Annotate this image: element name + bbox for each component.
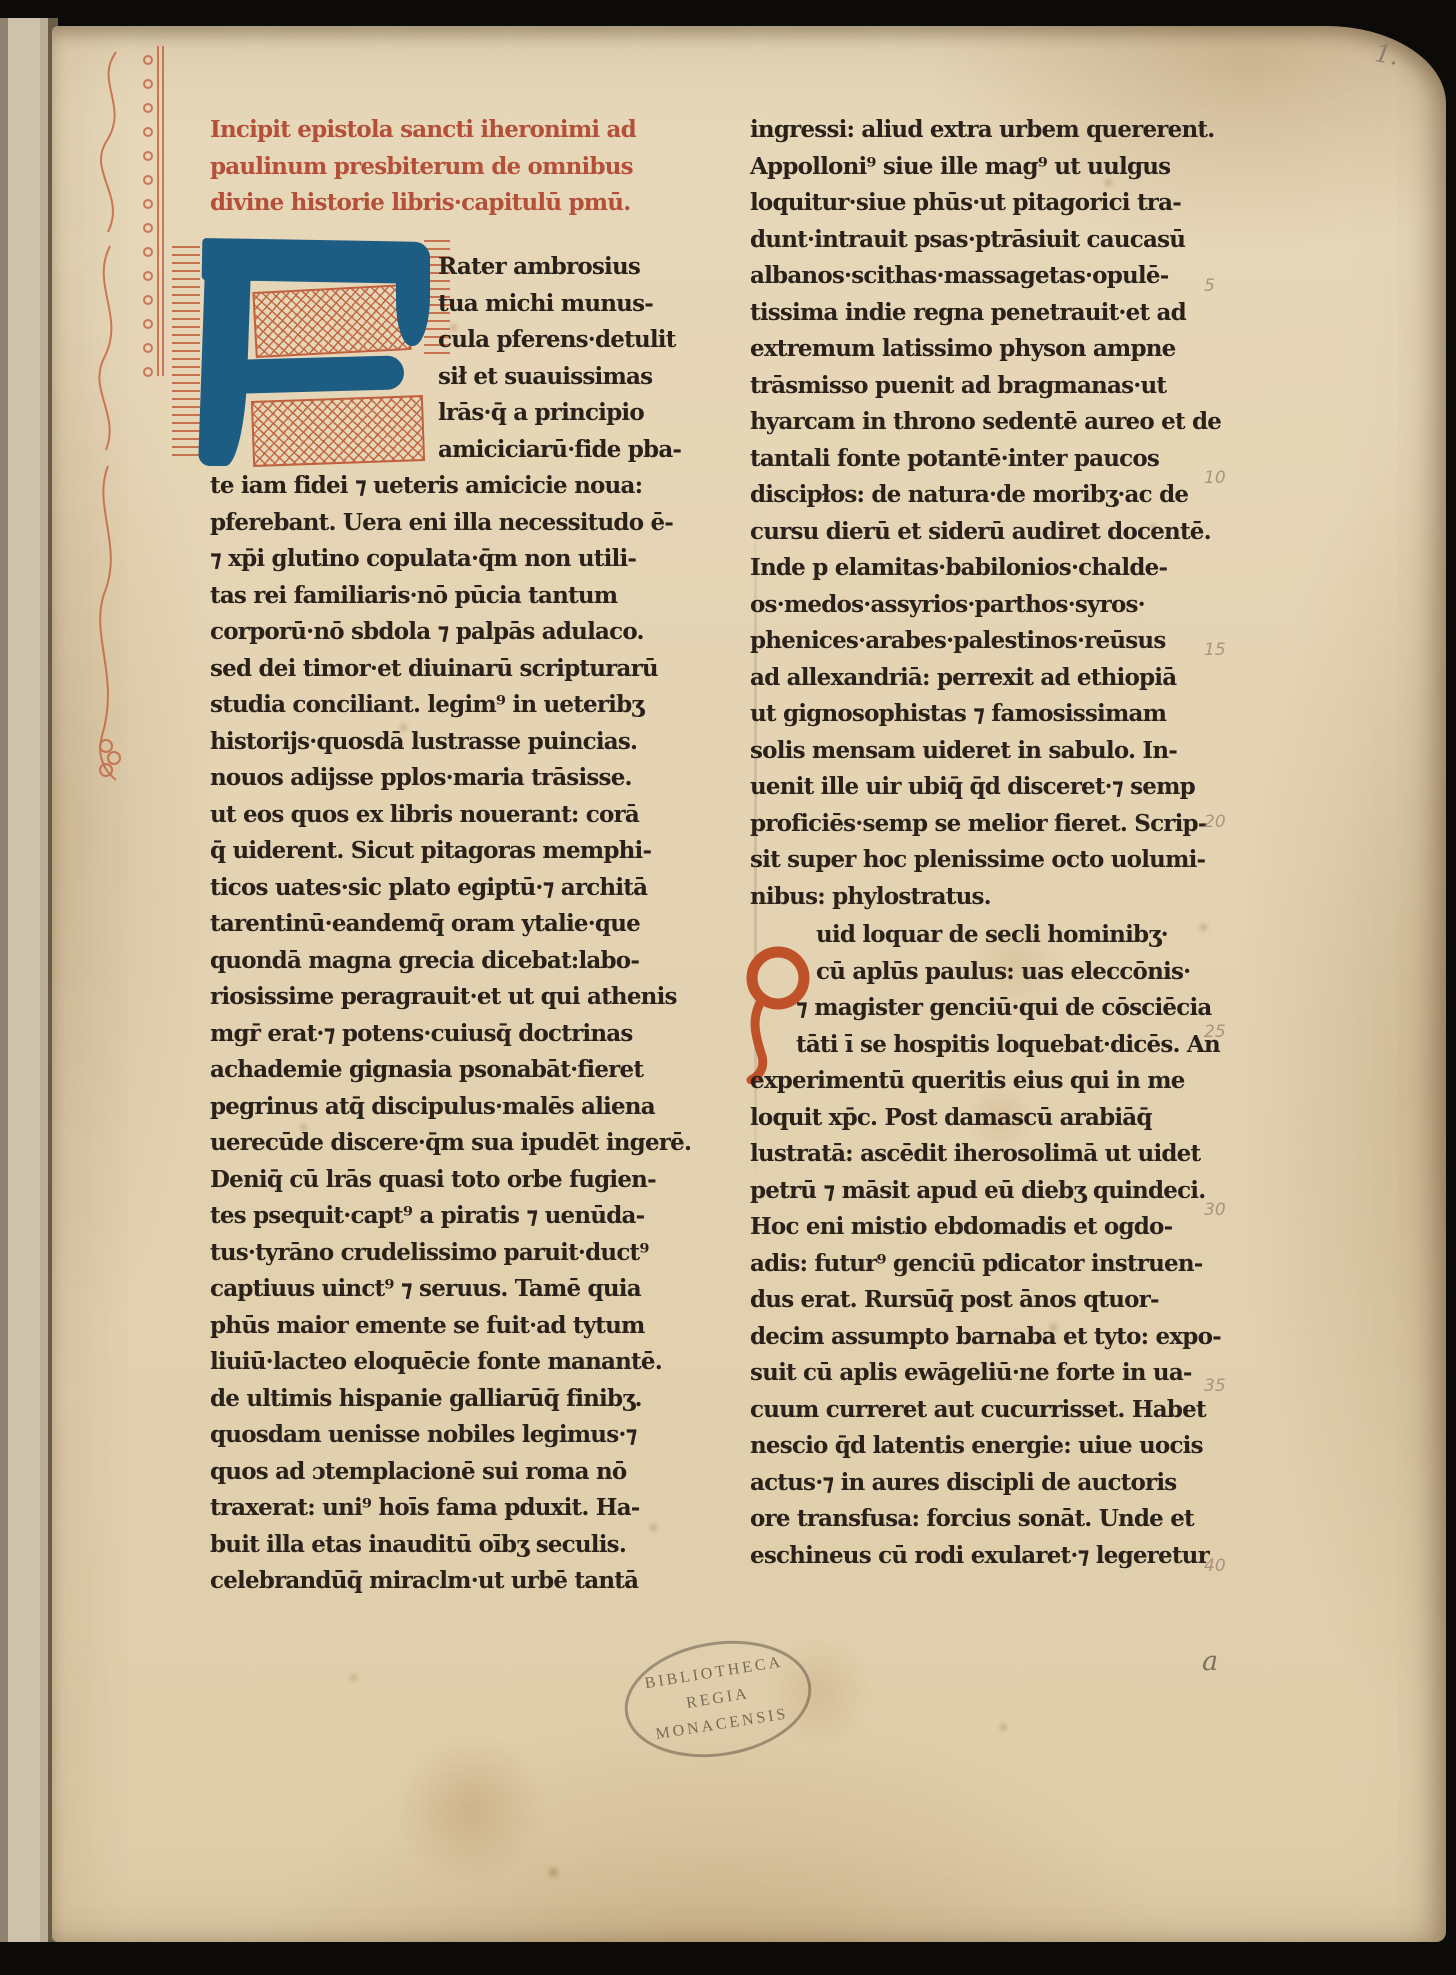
text-line: suit cū aplis ewāgeliū·ne forte in ua- [750, 1355, 1205, 1392]
text-line: phūs maior emente se fuit·ad tytum [210, 1308, 662, 1345]
text-line: historijs·quosdā lustrasse puincias. [210, 724, 662, 761]
text-line: nibus: phylostratus. [750, 879, 1205, 916]
text-line: lustratā: ascēdit iherosolimā ut uidet [750, 1136, 1205, 1173]
text-line: Hoc eni mistio ebdomadis et ogdo- [750, 1209, 1205, 1246]
text-line: Inde p elamitas·babilonios·chalde- [750, 550, 1205, 587]
text-line: ore transfusa: forcius sonāt. Unde et [750, 1501, 1205, 1538]
text-line: achademie gignasia psonabāt·fieret [210, 1052, 662, 1089]
margin-penwork-flourish [86, 46, 170, 786]
text-line: studia conciliant. legim⁹ in ueteribʒ [210, 687, 662, 724]
text-line: eschineus cū rodi exularet·⁊ legeretur [750, 1538, 1205, 1575]
pencil-letter-a: a [1202, 1646, 1218, 1677]
text-line: uid loquar de secli hominibʒ· [816, 917, 1206, 954]
illuminated-initial-F [172, 240, 450, 466]
text-line: os·medos·assyrios·parthos·syros· [750, 587, 1205, 624]
text-line: liuiū·lacteo eloquēcie fonte manantē. [210, 1344, 662, 1381]
margin-line-number: 5 [1204, 276, 1215, 296]
text-line: quosdam uenisse nobiles legimus·⁊ [210, 1417, 662, 1454]
text-line: sed dei timor·et diuinarū scripturarū [210, 651, 662, 688]
text-line: tes psequit·capt⁹ a piratis ⁊ uenūda- [210, 1198, 662, 1235]
initial-F-mid-bar [202, 355, 405, 394]
text-line: cula pferens·detulit [438, 322, 663, 359]
text-line: sit super hoc plenissime octo uolumi- [750, 842, 1205, 879]
column1-dropcap-lines: Rater ambrosiustua michi munus-cula pfer… [438, 249, 663, 468]
text-line: traxerat: uni⁹ hoīs fama pduxit. Ha- [210, 1490, 662, 1527]
text-line: mgr̄ erat·⁊ potens·cuiusq̄ doctrinas [210, 1016, 662, 1053]
text-line: ⁊ xp̄i glutino copulata·q̄m non utili- [210, 541, 662, 578]
text-line: ad allexandriā: perrexit ad ethiopiā [750, 660, 1205, 697]
text-line: cuum curreret aut cucurrisset. Habet [750, 1392, 1205, 1429]
text-line: quos ad ɔtemplacionē sui roma nō [210, 1454, 662, 1491]
text-line: phenices·arabes·palestinos·reūsus [750, 623, 1205, 660]
text-line: cū aplūs paulus: uas eleccōnis· [816, 954, 1206, 991]
text-line: dus erat. Rursūq̄ post ānos qtuor- [750, 1282, 1205, 1319]
book-binding-edge [0, 18, 58, 1955]
text-line: solis mensam uideret in sabulo. In- [750, 733, 1205, 770]
text-line: tas rei familiaris·nō pūcia tantum [210, 578, 662, 615]
text-line: actus·⁊ in aures discipli de auctoris [750, 1465, 1205, 1502]
text-line: ingressi: aliud extra urbem quererent. [750, 112, 1205, 149]
text-line: ⁊ magister genciū·qui de cōsciēcia [796, 990, 1206, 1027]
red-fringe-left [172, 246, 200, 460]
text-line: trāsmisso puenit ad bragmanas·ut [750, 368, 1205, 405]
text-line: quondā magna grecia dicebat:labo- [210, 943, 662, 980]
text-line: loquitur·siue phūs·ut pitagorici tra- [750, 185, 1205, 222]
margin-line-number: 15 [1204, 640, 1226, 660]
text-line: cursu dierū et siderū audiret docentē. [750, 514, 1205, 551]
folio-number-pencil: 1. [1373, 38, 1402, 71]
text-line: de ultimis hispanie galliarūq̄ finibʒ. [210, 1381, 662, 1418]
text-line: Appolloni⁹ siue ille mag⁹ ut uulgus [750, 149, 1205, 186]
red-filigree-panel-upper [252, 284, 411, 358]
text-line: paulinum presbiterum de omnibus [210, 149, 662, 186]
text-line: divine historie libris·capitulū pmū. [210, 185, 662, 222]
text-line: uerecūde discere·q̄m sua ipudēt ingerē. [210, 1125, 662, 1162]
initial-F-hook [396, 246, 430, 346]
column2-body-lower: experimentū queritis eius qui in meloqui… [750, 1063, 1205, 1574]
text-line: ticos uates·sic plato egiptū·⁊ architā [210, 870, 662, 907]
foxing-spots [52, 26, 55, 29]
text-line: Incipit epistola sancti iheronimi ad [210, 112, 662, 149]
text-line: tua michi munus- [438, 286, 663, 323]
text-line: adis: futur⁹ genciū pdicator instruen- [750, 1246, 1205, 1283]
text-line: dunt·intrauit psas·ptrāsiuit caucasū [750, 222, 1205, 259]
text-line: extremum latissimo physon ampne [750, 331, 1205, 368]
text-line: nescio q̄d latentis energie: uiue uocis [750, 1428, 1205, 1465]
text-line: tissima indie regna penetrauit·et ad [750, 295, 1205, 332]
text-line: albanos·scithas·massagetas·opulē- [750, 258, 1205, 295]
text-line: riosissime peragrauit·et ut qui athenis [210, 979, 662, 1016]
text-line: hyarcam in throno sedentē aureo et de [750, 404, 1205, 441]
text-line: tarentinū·eandemq̄ oram ytalie·que [210, 906, 662, 943]
margin-line-number: 20 [1204, 812, 1226, 832]
text-line: Rater ambrosius [438, 249, 663, 286]
rubric-incipit: Incipit epistola sancti iheronimi adpaul… [210, 112, 662, 222]
column2-dropcap-lines: uid loquar de secli hominibʒ·cū aplūs pa… [816, 917, 1206, 990]
text-line: tus·tyrāno crudelissimo paruit·duct⁹ [210, 1235, 662, 1272]
photo-background-bottom [0, 1942, 1456, 1975]
column2-dropcap-lines2: ⁊ magister genciū·qui de cōsciēciatāti ī… [796, 990, 1206, 1063]
text-line: buit illa etas inauditū oībʒ seculis. [210, 1527, 662, 1564]
text-line: petrū ⁊ māsit apud eū diebʒ quindeci. [750, 1173, 1205, 1210]
margin-line-number: 40 [1204, 1556, 1226, 1576]
text-line: proficiēs·semp se melior fieret. Scrip- [750, 806, 1205, 843]
text-line: te iam fidei ⁊ ueteris amicicie noua: [210, 468, 662, 505]
column2-body-upper: ingressi: aliud extra urbem quererent.Ap… [750, 112, 1205, 915]
text-line: pferebant. Uera eni illa necessitudo ē- [210, 505, 662, 542]
text-line: nouos adijsse pplos·maria trāsisse. [210, 760, 662, 797]
text-line: captiuus uinct⁹ ⁊ seruus. Tamē quia [210, 1271, 662, 1308]
text-line: sił et suauissimas [438, 359, 663, 396]
text-line: corporū·nō sbdola ⁊ palpās adulaco. [210, 614, 662, 651]
text-line: discipłos: de natura·de moribʒ·ac de [750, 477, 1205, 514]
text-line: Deniq̄ cū lrās quasi toto orbe fugien- [210, 1162, 662, 1199]
text-line: pegrinus atq̄ discipulus·malēs aliena [210, 1089, 662, 1126]
margin-line-number: 10 [1204, 468, 1226, 488]
text-line: amiciciarū·fide pba- [438, 432, 663, 469]
text-line: lrās·q̄ a principio [438, 395, 663, 432]
text-line: uenit ille uir ubiq̄ q̄d disceret·⁊ semp [750, 769, 1205, 806]
margin-line-number: 35 [1204, 1376, 1226, 1396]
text-line: celebrandūq̄ miraclm·ut urbē tantā [210, 1563, 662, 1600]
text-line: loquit xp̄c. Post damascū arabiāq̄ [750, 1100, 1205, 1137]
column1-body: te iam fidei ⁊ ueteris amicicie noua:pfe… [210, 468, 662, 1600]
text-line: decim assumpto barnaba et tyto: expo- [750, 1319, 1205, 1356]
text-line: ut gignosophistas ⁊ famosissimam [750, 696, 1205, 733]
manuscript-photo: Incipit epistola sancti iheronimi adpaul… [0, 0, 1456, 1975]
text-line: ut eos quos ex libris nouerant: corā [210, 797, 662, 834]
margin-line-number: 30 [1204, 1200, 1226, 1220]
text-line: q̄ uiderent. Sicut pitagoras memphi- [210, 833, 662, 870]
text-line: tāti ī se hospitis loquebat·dicēs. An [796, 1027, 1206, 1064]
text-line: tantali fonte potantē·inter paucos [750, 441, 1205, 478]
red-filigree-panel-lower [251, 395, 425, 467]
text-line: experimentū queritis eius qui in me [750, 1063, 1205, 1100]
margin-line-number: 25 [1204, 1022, 1226, 1042]
